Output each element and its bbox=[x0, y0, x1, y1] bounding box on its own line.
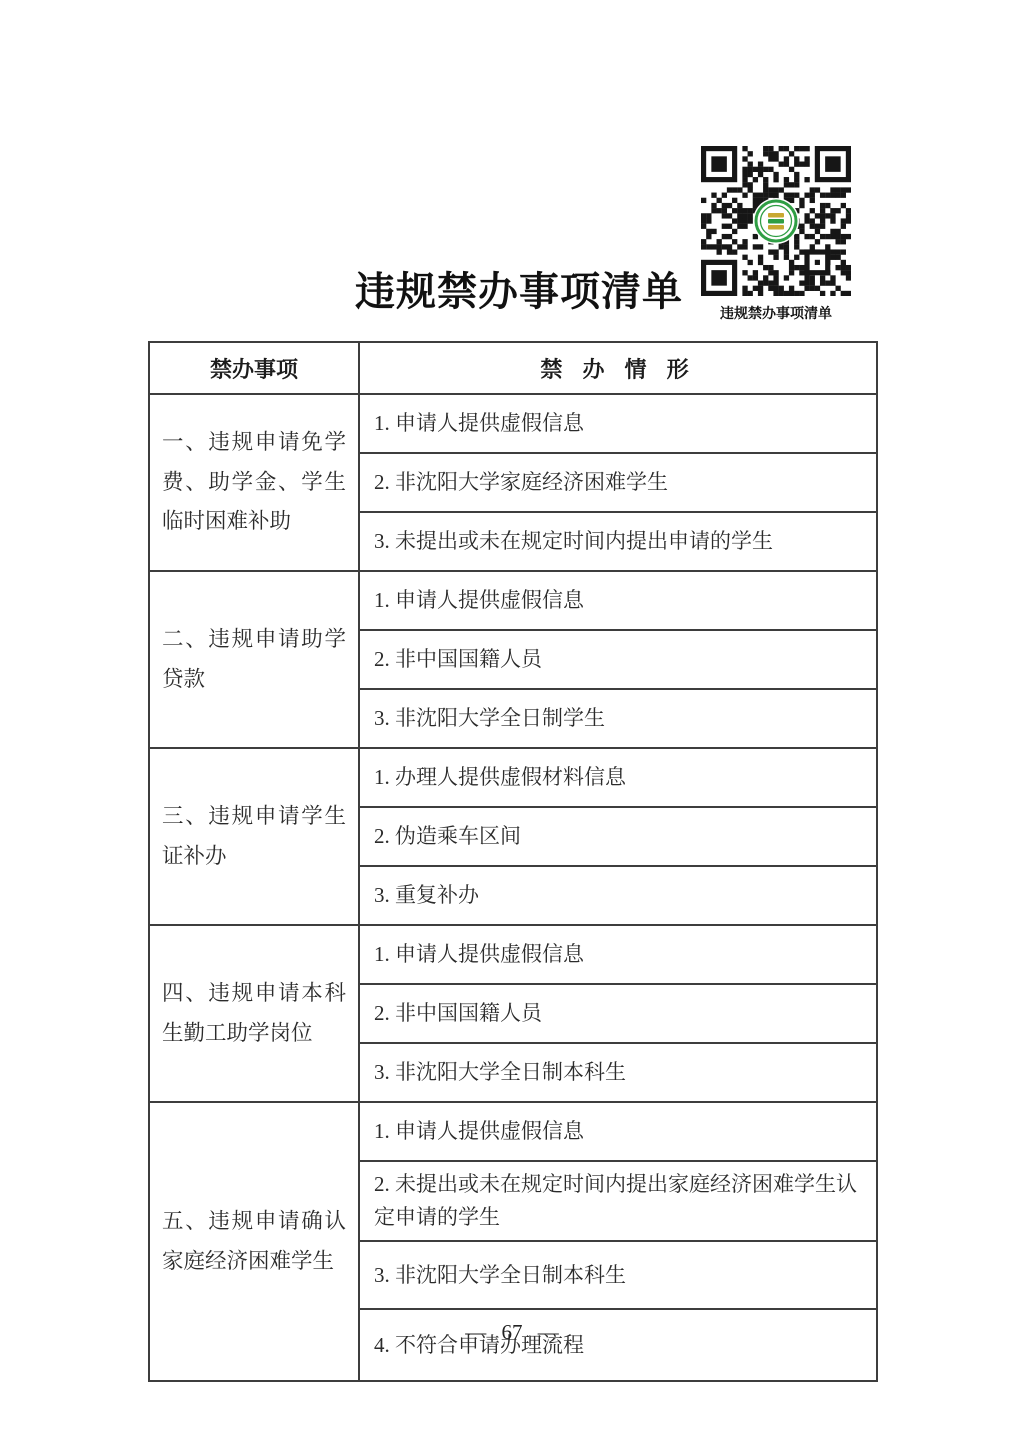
situation-cell: 1. 申请人提供虚假信息 bbox=[359, 925, 877, 984]
situation-cell: 1. 申请人提供虚假信息 bbox=[359, 1102, 877, 1161]
table-header-row: 禁办事项 禁 办 情 形 bbox=[149, 342, 877, 394]
situation-cell: 1. 申请人提供虚假信息 bbox=[359, 571, 877, 630]
column-header-situation: 禁 办 情 形 bbox=[359, 342, 877, 394]
table-row: 二、违规申请助学贷款 1. 申请人提供虚假信息 bbox=[149, 571, 877, 630]
table-row: 四、违规申请本科生勤工助学岗位 1. 申请人提供虚假信息 bbox=[149, 925, 877, 984]
table-row: 一、违规申请免学费、助学金、学生临时困难补助 1. 申请人提供虚假信息 bbox=[149, 394, 877, 453]
situation-cell: 2. 未提出或未在规定时间内提出家庭经济困难学生认定申请的学生 bbox=[359, 1161, 877, 1241]
qr-block: 违规禁办事项清单 bbox=[700, 146, 852, 323]
situation-cell: 3. 非沈阳大学全日制本科生 bbox=[359, 1241, 877, 1309]
situation-cell: 3. 非沈阳大学全日制本科生 bbox=[359, 1043, 877, 1102]
item-cell-1: 一、违规申请免学费、助学金、学生临时困难补助 bbox=[149, 394, 359, 571]
column-header-item: 禁办事项 bbox=[149, 342, 359, 394]
prohibition-table: 禁办事项 禁 办 情 形 一、违规申请免学费、助学金、学生临时困难补助 1. 申… bbox=[148, 341, 878, 1382]
situation-cell: 3. 重复补办 bbox=[359, 866, 877, 925]
situation-cell: 3. 非沈阳大学全日制学生 bbox=[359, 689, 877, 748]
qr-code-image bbox=[701, 146, 851, 296]
page-number: — 67 — bbox=[0, 1320, 1024, 1345]
situation-cell: 2. 伪造乘车区间 bbox=[359, 807, 877, 866]
table-row: 五、违规申请确认家庭经济困难学生 1. 申请人提供虚假信息 bbox=[149, 1102, 877, 1161]
document-page: 违规禁办事项清单 违规禁办事项清单 禁办事项 禁 办 情 形 一、违规申请免学费… bbox=[0, 0, 1024, 1448]
item-cell-3: 三、违规申请学生证补办 bbox=[149, 748, 359, 925]
item-cell-2: 二、违规申请助学贷款 bbox=[149, 571, 359, 748]
situation-cell: 3. 未提出或未在规定时间内提出申请的学生 bbox=[359, 512, 877, 571]
situation-cell: 2. 非中国国籍人员 bbox=[359, 984, 877, 1043]
situation-cell: 2. 非中国国籍人员 bbox=[359, 630, 877, 689]
item-cell-4: 四、违规申请本科生勤工助学岗位 bbox=[149, 925, 359, 1102]
page-title: 违规禁办事项清单 bbox=[355, 260, 683, 317]
table-row: 三、违规申请学生证补办 1. 办理人提供虚假材料信息 bbox=[149, 748, 877, 807]
situation-cell: 1. 申请人提供虚假信息 bbox=[359, 394, 877, 453]
qr-caption: 违规禁办事项清单 bbox=[700, 303, 852, 323]
situation-cell: 2. 非沈阳大学家庭经济困难学生 bbox=[359, 453, 877, 512]
situation-cell: 1. 办理人提供虚假材料信息 bbox=[359, 748, 877, 807]
